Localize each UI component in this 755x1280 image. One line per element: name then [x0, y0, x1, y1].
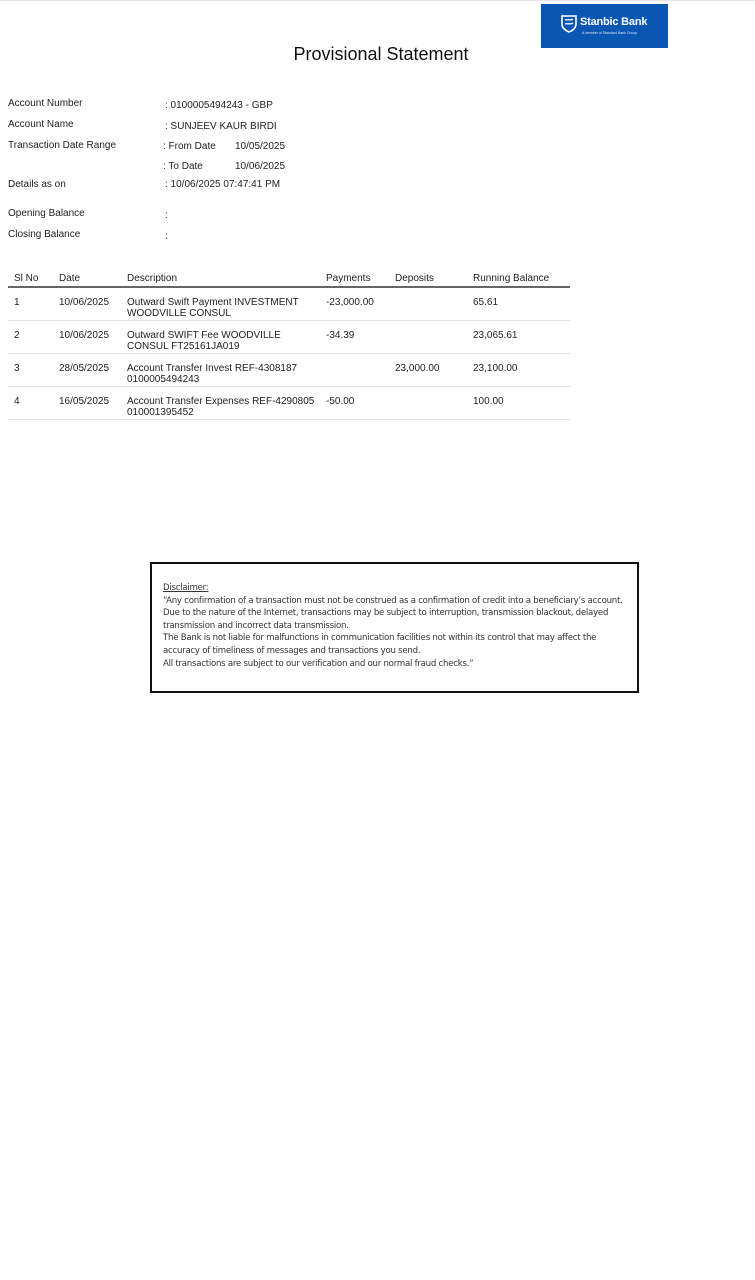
disclaimer-heading: Disclaimer:	[163, 582, 627, 595]
cell-description: Account Transfer Expenses REF-4290805010…	[127, 387, 326, 420]
account-name-label: Account Name	[8, 119, 74, 130]
closing-balance-value: :	[165, 231, 168, 242]
cell-payments: -34.39	[326, 321, 395, 354]
cell-deposits	[395, 287, 473, 321]
description-line-2: 010001395452	[127, 407, 326, 418]
from-date-row: : From Date 10/05/2025	[163, 141, 216, 152]
cell-date: 28/05/2025	[59, 354, 127, 387]
details-as-on-label: Details as on	[8, 179, 66, 190]
header-payments: Payments	[326, 270, 395, 287]
description-line-1: Outward SWIFT Fee WOODVILLE	[127, 330, 326, 341]
header-deposits: Deposits	[395, 270, 473, 287]
date-range-label: Transaction Date Range	[8, 140, 116, 151]
account-name-value: : SUNJEEV KAUR BIRDI	[165, 121, 277, 132]
page-title: Provisional Statement	[0, 44, 755, 65]
cell-running-balance: 23,065.61	[473, 321, 570, 354]
cell-payments	[326, 354, 395, 387]
cell-description: Account Transfer Invest REF-430818701000…	[127, 354, 326, 387]
header-description: Description	[127, 270, 326, 287]
description-line-2: 0100005494243	[127, 374, 326, 385]
table-row: 210/06/2025Outward SWIFT Fee WOODVILLECO…	[8, 321, 570, 354]
disclaimer-text-1: “Any confirmation of a transaction must …	[163, 595, 627, 633]
table-row: 110/06/2025Outward Swift Payment INVESTM…	[8, 287, 570, 321]
cell-sl-no: 4	[8, 387, 59, 420]
table-row: 416/05/2025Account Transfer Expenses REF…	[8, 387, 570, 420]
header-date: Date	[59, 270, 127, 287]
transactions-table: Sl No Date Description Payments Deposits…	[8, 270, 570, 420]
shield-icon	[561, 15, 577, 33]
bank-tagline: A member of Standard Bank Group	[582, 31, 637, 35]
cell-running-balance: 23,100.00	[473, 354, 570, 387]
description-line-1: Account Transfer Expenses REF-4290805	[127, 396, 326, 407]
cell-deposits: 23,000.00	[395, 354, 473, 387]
cell-sl-no: 2	[8, 321, 59, 354]
cell-payments: -50.00	[326, 387, 395, 420]
cell-sl-no: 3	[8, 354, 59, 387]
details-as-on-value: : 10/06/2025 07:47:41 PM	[165, 179, 280, 190]
cell-description: Outward Swift Payment INVESTMENTWOODVILL…	[127, 287, 326, 321]
description-line-1: Account Transfer Invest REF-4308187	[127, 363, 326, 374]
cell-deposits	[395, 387, 473, 420]
to-date-row: : To Date 10/06/2025	[163, 161, 203, 172]
from-date-label: : From Date	[163, 141, 216, 152]
cell-date: 10/06/2025	[59, 287, 127, 321]
disclaimer-text-3: All transactions are subject to our veri…	[163, 658, 627, 671]
cell-date: 16/05/2025	[59, 387, 127, 420]
closing-balance-label: Closing Balance	[8, 229, 80, 240]
description-line-1: Outward Swift Payment INVESTMENT	[127, 297, 326, 308]
disclaimer-text-2: The Bank is not liable for malfunctions …	[163, 632, 627, 657]
cell-payments: -23,000.00	[326, 287, 395, 321]
to-date-value: 10/06/2025	[235, 161, 285, 172]
cell-sl-no: 1	[8, 287, 59, 321]
cell-deposits	[395, 321, 473, 354]
table-header-row: Sl No Date Description Payments Deposits…	[8, 270, 570, 287]
to-date-label: : To Date	[163, 161, 203, 172]
cell-description: Outward SWIFT Fee WOODVILLECONSUL FT2516…	[127, 321, 326, 354]
opening-balance-label: Opening Balance	[8, 208, 85, 219]
from-date-value: 10/05/2025	[235, 141, 285, 152]
header-sl-no: Sl No	[8, 270, 59, 287]
description-line-2: CONSUL FT25161JA019	[127, 341, 326, 352]
disclaimer-box: Disclaimer: “Any confirmation of a trans…	[150, 562, 639, 693]
cell-running-balance: 65.61	[473, 287, 570, 321]
account-number-label: Account Number	[8, 98, 82, 109]
description-line-2: WOODVILLE CONSUL	[127, 308, 326, 319]
page-top-border	[0, 0, 755, 1]
bank-name: Stanbic Bank	[580, 16, 647, 28]
opening-balance-value: :	[165, 210, 168, 221]
header-running-balance: Running Balance	[473, 270, 570, 287]
cell-date: 10/06/2025	[59, 321, 127, 354]
bank-logo: Stanbic Bank A member of Standard Bank G…	[541, 4, 668, 48]
cell-running-balance: 100.00	[473, 387, 570, 420]
account-number-value: : 0100005494243 - GBP	[165, 100, 273, 111]
table-row: 328/05/2025Account Transfer Invest REF-4…	[8, 354, 570, 387]
